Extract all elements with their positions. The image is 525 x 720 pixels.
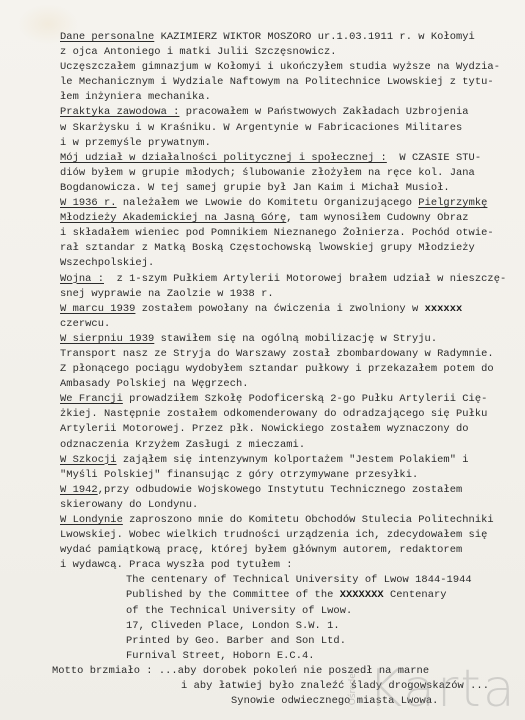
- paragraph-line: Dane personalne KAZIMIERZ WIKTOR MOSZORO…: [60, 30, 515, 45]
- paragraph-line: W marcu 1939 zostałem powołany na ćwicze…: [60, 302, 515, 317]
- text-run: rał sztandar z Matką Boską Częstochowską…: [60, 242, 475, 254]
- text-run: diów byłem w grupie młodych; ślubowanie …: [60, 167, 475, 179]
- paragraph-line: i składałem wieniec pod Pomnikiem Niezna…: [60, 226, 515, 241]
- paragraph-line: "Myśli Polskiej" finansując z góry otrzy…: [60, 468, 515, 483]
- paragraph-line: rał sztandar z Matką Boską Częstochowską…: [60, 241, 515, 256]
- text-run: Furnival Street, Hoborn E.C.4.: [126, 650, 315, 662]
- text-run: żkiej. Następnie zostałem odkomenderowan…: [60, 408, 487, 420]
- paragraph-line: Mój udział w działalności politycznej i …: [60, 151, 515, 166]
- paragraph-line: Ambasady Polskiej na Węgrzech.: [60, 377, 515, 392]
- paragraph-line: skierowany do Londynu.: [60, 498, 515, 513]
- paragraph-line: czerwcu.: [60, 317, 515, 332]
- text-run: of the Technical University of Lwow.: [126, 605, 352, 617]
- paragraph-line: łem inżyniera mechanika.: [60, 90, 515, 105]
- publication-line: Printed by Geo. Barber and Son Ltd.: [60, 634, 515, 649]
- paragraph-line: i w przemyśle prywatnym.: [60, 136, 515, 151]
- watermark-side-text: Ośrodek: [348, 668, 358, 705]
- section-heading: Pielgrzymkę: [418, 197, 487, 209]
- text-run: pracowałem w Państwowych Zakładach Uzbro…: [179, 106, 468, 118]
- text-run: le Mechanicznym i Wydziale Naftowym na P…: [60, 76, 494, 88]
- text-run: ,przy odbudowie Wojskowego Instytutu Tec…: [98, 484, 463, 496]
- text-run: Z płonącego pociągu wydobyłem sztandar p…: [60, 363, 494, 375]
- text-run: , tam wynosiłem Cudowny Obraz: [286, 212, 468, 224]
- section-heading: Młodzieży Akademickiej na Jasną Górę: [60, 212, 286, 224]
- text-run: czerwcu.: [60, 318, 110, 330]
- paragraph-line: Lwowskiej. Wobec wielkich trudności urzą…: [60, 528, 515, 543]
- section-heading: We Francji: [60, 393, 123, 405]
- paragraph-line: Bogdanowicza. W tej samej grupie był Jan…: [60, 181, 515, 196]
- publication-line: 17, Cliveden Place, London S.W. 1.: [60, 619, 515, 634]
- text-run: należałem we Lwowie do Komitetu Organizu…: [117, 197, 419, 209]
- section-heading: Praktyka zawodowa :: [60, 106, 179, 118]
- document-page: Dane personalne KAZIMIERZ WIKTOR MOSZORO…: [0, 0, 525, 720]
- text-run: Bogdanowicza. W tej samej grupie był Jan…: [60, 182, 450, 194]
- text-run: skierowany do Londynu.: [60, 499, 198, 511]
- text-run: Artylerii Motorowej. Przez płk. Nowickie…: [60, 423, 469, 435]
- paragraph-line: odznaczenia Krzyżem Zasługi z mieczami.: [60, 438, 515, 453]
- karta-watermark: Karta: [368, 663, 517, 715]
- paragraph-line: żkiej. Następnie zostałem odkomenderowan…: [60, 407, 515, 422]
- text-run: snej wyprawie na Zaolzie w 1938 r.: [60, 288, 274, 300]
- paragraph-line: i wydawcą. Praca wyszła pod tytułem :: [60, 558, 515, 573]
- text-run: zaproszono mnie do Komitetu Obchodów Stu…: [123, 514, 494, 526]
- struck-out-text: xxxxxx: [425, 303, 463, 315]
- paragraph-line: snej wyprawie na Zaolzie w 1938 r.: [60, 287, 515, 302]
- paragraph-line: le Mechanicznym i Wydziale Naftowym na P…: [60, 75, 515, 90]
- paragraph-line: diów byłem w grupie młodych; ślubowanie …: [60, 166, 515, 181]
- paragraph-line: Wszechpolskiej.: [60, 256, 515, 271]
- paragraph-line: W sierpniu 1939 stawiłem się na ogólną m…: [60, 332, 515, 347]
- struck-out-text: XXXXXXX: [340, 589, 384, 601]
- publication-line: The centenary of Technical University of…: [60, 573, 515, 588]
- paragraph-line: Młodzieży Akademickiej na Jasną Górę, ta…: [60, 211, 515, 226]
- paragraph-line: z ojca Antoniego i matki Julii Szczęsnow…: [60, 45, 515, 60]
- paragraph-line: wydać pamiątkową pracę, której byłem głó…: [60, 543, 515, 558]
- text-run: i wydawcą. Praca wyszła pod tytułem :: [60, 559, 293, 571]
- paragraph-line: Transport nasz ze Stryja do Warszawy zos…: [60, 347, 515, 362]
- section-heading: W Szkocji: [60, 454, 117, 466]
- section-heading: W 1936 r.: [60, 197, 117, 209]
- text-run: i w przemyśle prywatnym.: [60, 137, 211, 149]
- paragraph-line: W Szkocji zająłem się intenzywnym kolpor…: [60, 453, 515, 468]
- publication-line: Published by the Committee of the XXXXXX…: [60, 588, 515, 603]
- text-run: z ojca Antoniego i matki Julii Szczęsnow…: [60, 46, 337, 58]
- text-run: Printed by Geo. Barber and Son Ltd.: [126, 635, 346, 647]
- text-run: łem inżyniera mechanika.: [60, 91, 211, 103]
- text-run: i składałem wieniec pod Pomnikiem Niezna…: [60, 227, 494, 239]
- text-run: w Skarżysku i w Kraśniku. W Argentynie w…: [60, 122, 462, 134]
- paragraph-line: W 1936 r. należałem we Lwowie do Komitet…: [60, 196, 515, 211]
- section-heading: W 1942: [60, 484, 98, 496]
- text-run: prowadziłem Szkołę Podoficerską 2-go Puł…: [123, 393, 488, 405]
- text-run: "Myśli Polskiej" finansując z góry otrzy…: [60, 469, 418, 481]
- section-heading: Wojna :: [60, 273, 104, 285]
- paragraph-line: W 1942,przy odbudowie Wojskowego Instytu…: [60, 483, 515, 498]
- paragraph-line: Z płonącego pociągu wydobyłem sztandar p…: [60, 362, 515, 377]
- text-run: W CZASIE STU-: [387, 152, 481, 164]
- paragraph-line: w Skarżysku i w Kraśniku. W Argentynie w…: [60, 121, 515, 136]
- text-run: Wszechpolskiej.: [60, 257, 154, 269]
- text-run: Ambasady Polskiej na Węgrzech.: [60, 378, 249, 390]
- text-run: KAZIMIERZ WIKTOR MOSZORO ur.1.03.1911 r.…: [154, 31, 475, 43]
- section-heading: W Londynie: [60, 514, 123, 526]
- text-run: zająłem się intenzywnym kolportażem "Jes…: [117, 454, 469, 466]
- section-heading: W marcu 1939: [60, 303, 135, 315]
- typewritten-text: Dane personalne KAZIMIERZ WIKTOR MOSZORO…: [60, 30, 515, 709]
- section-heading: Mój udział w działalności politycznej i …: [60, 152, 387, 164]
- text-run: Transport nasz ze Stryja do Warszawy zos…: [60, 348, 494, 360]
- text-run: Centenary: [384, 589, 447, 601]
- text-run: Uczęszczałem gimnazjum w Kołomyi i ukońc…: [60, 61, 500, 73]
- paragraph-line: Artylerii Motorowej. Przez płk. Nowickie…: [60, 422, 515, 437]
- publication-line: of the Technical University of Lwow.: [60, 604, 515, 619]
- paragraph-line: Uczęszczałem gimnazjum w Kołomyi i ukońc…: [60, 60, 515, 75]
- section-heading: W sierpniu 1939: [60, 333, 154, 345]
- text-run: zostałem powołany na ćwiczenia i zwolnio…: [135, 303, 424, 315]
- paragraph-line: Wojna : z 1-szym Pułkiem Artylerii Motor…: [60, 272, 515, 287]
- text-run: z 1-szym Pułkiem Artylerii Motorowej bra…: [104, 273, 506, 285]
- text-run: odznaczenia Krzyżem Zasługi z mieczami.: [60, 439, 305, 451]
- text-run: The centenary of Technical University of…: [126, 574, 472, 586]
- text-run: wydać pamiątkową pracę, której byłem głó…: [60, 544, 462, 556]
- text-run: 17, Cliveden Place, London S.W. 1.: [126, 620, 340, 632]
- text-run: Published by the Committee of the: [126, 589, 340, 601]
- paragraph-line: W Londynie zaproszono mnie do Komitetu O…: [60, 513, 515, 528]
- paragraph-line: We Francji prowadziłem Szkołę Podoficers…: [60, 392, 515, 407]
- text-run: Lwowskiej. Wobec wielkich trudności urzą…: [60, 529, 487, 541]
- paragraph-line: Praktyka zawodowa : pracowałem w Państwo…: [60, 105, 515, 120]
- section-heading: Dane personalne: [60, 31, 154, 43]
- text-run: stawiłem się na ogólną mobilizację w Str…: [154, 333, 437, 345]
